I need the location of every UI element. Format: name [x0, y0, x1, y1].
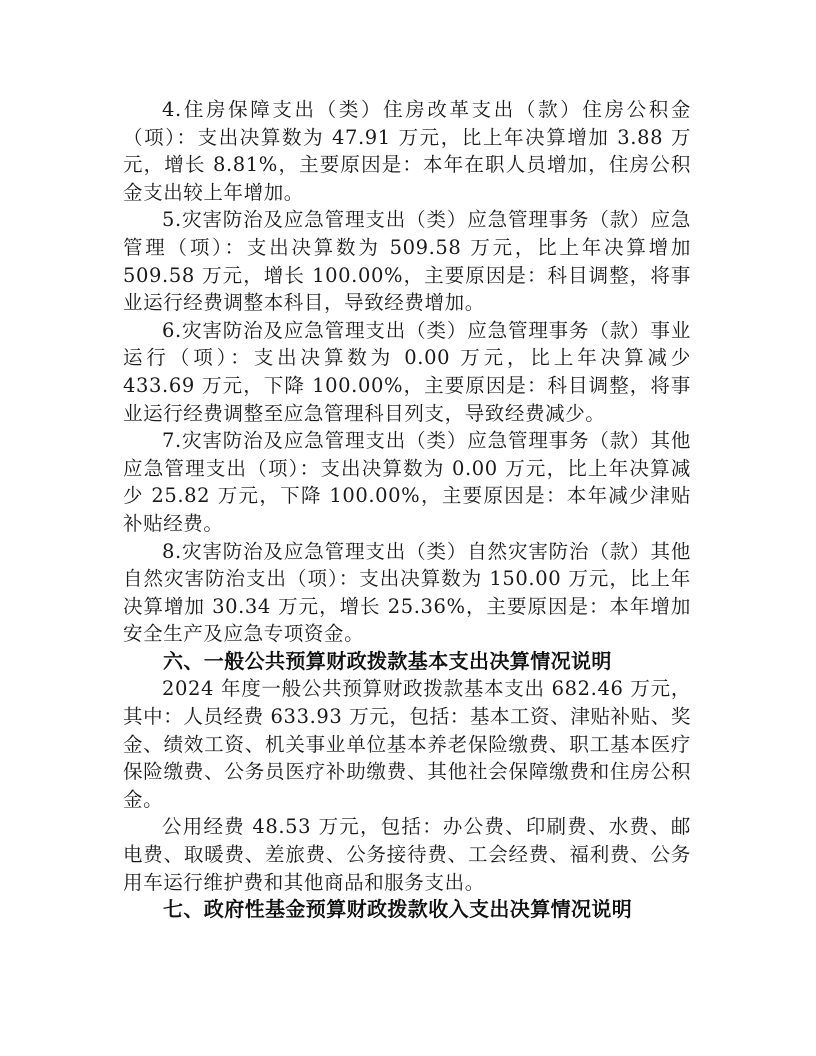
paragraph-item-5-emergency-management: 5.灾害防治及应急管理支出（类）应急管理事务（款）应急管理（项）：支出决算数为 … — [123, 206, 691, 316]
section-heading-7: 七、政府性基金预算财政拨款收入支出决算情况说明 — [123, 896, 691, 924]
section-heading-6: 六、一般公共预算财政拨款基本支出决算情况说明 — [123, 648, 691, 676]
document-page: 4.住房保障支出（类）住房改革支出（款）住房公积金（项）：支出决算数为 47.9… — [123, 96, 691, 924]
paragraph-item-6-operations: 6.灾害防治及应急管理支出（类）应急管理事务（款）事业运行（项）：支出决算数为 … — [123, 317, 691, 427]
paragraph-basic-expenditure: 2024 年度一般公共预算财政拨款基本支出 682.46 万元，其中：人员经费 … — [123, 675, 691, 813]
paragraph-public-expenses: 公用经费 48.53 万元，包括：办公费、印刷费、水费、邮电费、取暖费、差旅费、… — [123, 813, 691, 896]
paragraph-item-7-other-emergency: 7.灾害防治及应急管理支出（类）应急管理事务（款）其他应急管理支出（项）：支出决… — [123, 427, 691, 537]
paragraph-item-4-housing-fund: 4.住房保障支出（类）住房改革支出（款）住房公积金（项）：支出决算数为 47.9… — [123, 96, 691, 206]
paragraph-item-8-natural-disaster: 8.灾害防治及应急管理支出（类）自然灾害防治（款）其他自然灾害防治支出（项）：支… — [123, 538, 691, 648]
